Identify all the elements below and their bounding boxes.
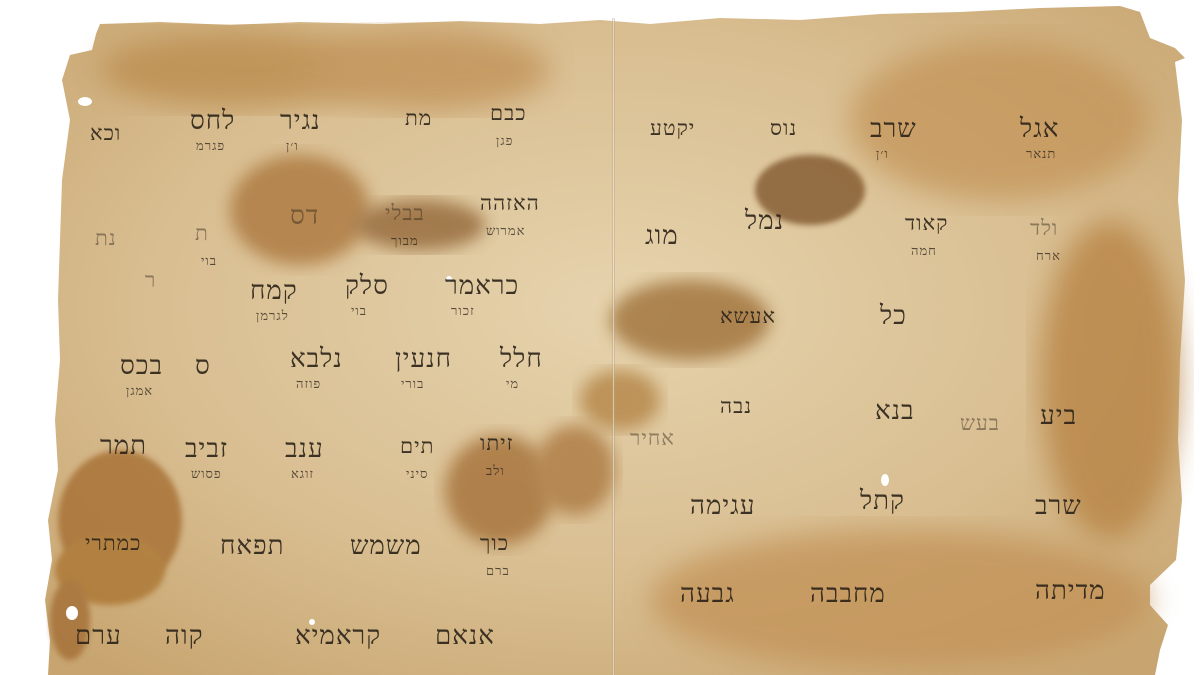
handwritten-word: כבם [490, 101, 527, 126]
handwritten-word: אעשא [720, 304, 776, 329]
handwritten-gloss: ארח [1036, 248, 1061, 264]
handwritten-word: נוס [770, 116, 797, 141]
handwritten-word: ביע [1040, 401, 1077, 431]
handwritten-word: מת [405, 106, 432, 131]
handwritten-word: כוך [480, 531, 509, 556]
handwritten-word: וכא [90, 121, 121, 146]
handwritten-word: נגיר [280, 106, 321, 136]
handwritten-word: שרב [1035, 491, 1082, 521]
handwritten-word: יקטע [650, 116, 695, 141]
handwritten-gloss: פגרמ [196, 138, 225, 154]
handwritten-word: מחבבה [810, 579, 886, 609]
handwritten-gloss: פסוש [191, 466, 222, 482]
handwritten-word: דס [290, 201, 319, 231]
handwritten-word: נמל [745, 206, 784, 236]
handwritten-gloss: בוי [201, 253, 217, 269]
handwritten-word: נבה [720, 394, 752, 419]
handwritten-gloss: אמגן [126, 383, 153, 399]
handwritten-word: סלק [345, 271, 389, 301]
handwritten-word: ת [195, 221, 209, 246]
handwritten-gloss: מי [506, 376, 519, 392]
handwritten-word: כמתרי [85, 531, 141, 556]
handwritten-gloss: פגן [496, 133, 513, 149]
handwritten-gloss: ו׳ן [876, 146, 889, 162]
handwritten-gloss: ו׳ן [286, 138, 299, 154]
hole-right [881, 474, 889, 486]
handwritten-word: חנעין [395, 344, 452, 374]
handwritten-word: זביב [185, 434, 228, 464]
handwritten-word: ס [195, 351, 211, 381]
handwritten-word: קראמיא [295, 621, 381, 651]
manuscript-sheet: אגלתנארשרבו׳ןנוסיקטעכבםפגןמתנגירו׳ןלחספג… [0, 0, 1200, 675]
handwritten-word: מדיתה [1035, 576, 1106, 606]
handwritten-word: מוג [645, 221, 679, 251]
handwritten-gloss: תנאר [1026, 146, 1056, 162]
handwritten-word: ולד [1030, 216, 1058, 241]
handwritten-word: נלבא [290, 344, 343, 374]
handwritten-word: תמר [100, 431, 147, 461]
handwritten-word: ר [145, 268, 156, 293]
hole-top-left [78, 97, 92, 106]
handwritten-word: האזהה [480, 191, 540, 216]
handwritten-word: נת [95, 226, 117, 251]
handwritten-word: שרב [870, 114, 917, 144]
handwritten-word: בכס [120, 351, 163, 381]
handwritten-gloss: מבוך [391, 233, 419, 249]
handwritten-word: משמש [350, 531, 422, 561]
handwritten-gloss: אמרוש [486, 223, 525, 239]
handwritten-word: קוה [165, 621, 204, 651]
hole-bottom-left [66, 606, 78, 620]
handwritten-word: עגימה [690, 491, 755, 521]
handwritten-gloss: בוי [351, 303, 367, 319]
handwritten-word: אגל [1020, 114, 1059, 144]
handwritten-gloss: לגרמן [256, 308, 289, 324]
handwritten-gloss: סיני [406, 466, 428, 482]
handwritten-word: תים [400, 434, 434, 459]
handwritten-gloss: ברם [486, 563, 510, 579]
handwritten-word: בעש [960, 411, 1000, 436]
handwritten-word: בנא [875, 396, 915, 426]
handwritten-gloss: זוגא [291, 466, 314, 482]
handwritten-word: ענב [285, 434, 324, 464]
handwritten-word: קתל [860, 486, 905, 516]
handwritten-word: אנאם [435, 621, 495, 651]
handwritten-word: זיתו [480, 431, 514, 456]
handwritten-gloss: פוזה [296, 376, 321, 392]
page-fold-line [612, 18, 615, 675]
handwritten-word: חלל [500, 344, 543, 374]
handwritten-gloss: בורי [401, 376, 424, 392]
handwritten-word: כל [880, 301, 907, 331]
handwritten-word: כראמר [445, 271, 519, 301]
handwritten-word: ערם [75, 621, 122, 651]
parchment-fragment [0, 0, 1200, 675]
handwritten-word: קאוד [905, 211, 948, 236]
handwritten-word: תפאח [220, 531, 284, 561]
handwritten-gloss: ולב [486, 463, 505, 479]
handwritten-word: גבעה [680, 579, 735, 609]
handwritten-word: אחיר [630, 426, 675, 451]
handwritten-word: קמח [250, 276, 298, 306]
handwritten-gloss: חמה [911, 243, 937, 259]
handwritten-word: לחס [190, 106, 235, 136]
handwritten-gloss: זכור [451, 303, 475, 319]
handwritten-word: בבלי [385, 201, 425, 226]
